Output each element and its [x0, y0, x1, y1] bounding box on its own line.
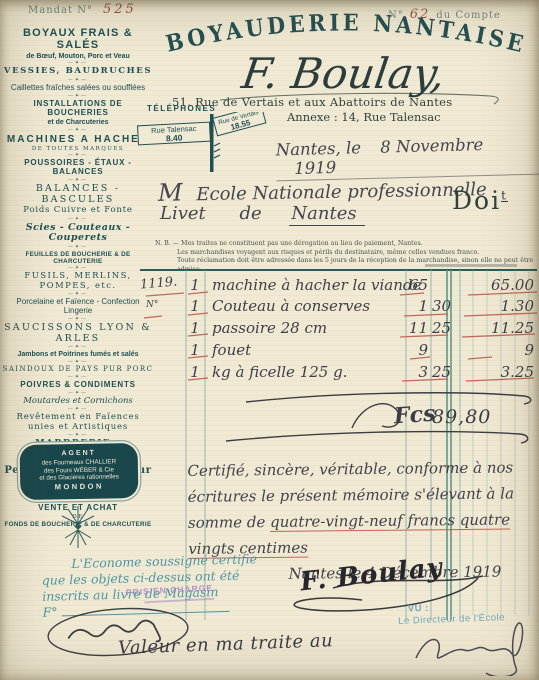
- sidebar-item: Revêtement en Faïences unies et Artistiq…: [2, 413, 154, 432]
- row-unit-f: 3: [400, 363, 428, 381]
- divider-ornament-icon: —✦—: [2, 292, 154, 297]
- margin-note: N°: [146, 300, 158, 310]
- divider-ornament-icon: —✦—: [2, 345, 154, 350]
- sidebar-item: SAUCISSONS LYON & ARLES: [2, 323, 154, 344]
- divider-ornament-icon: —✦—: [2, 433, 154, 438]
- divider-ornament-icon: —✦—: [2, 217, 154, 222]
- nb-conditions: N. B. — Mes traites ne constituent pas u…: [155, 240, 539, 274]
- row-desc: passoire 28 cm: [212, 319, 327, 337]
- address-line-2: Annexe : 14, Rue Talensac: [287, 110, 441, 124]
- nb-line: Les marchandises voyagent aux risques et…: [155, 249, 539, 258]
- row-total: 3.25: [460, 363, 537, 381]
- sidebar-item: Scies - Couteaux - Couperets: [2, 223, 154, 244]
- sidebar-item: BALANCES - BASCULES: [2, 184, 154, 205]
- mandat-number: 525: [103, 2, 137, 17]
- doit-text: Doi: [452, 186, 501, 215]
- telephone-signpost-icon: Rue Talensac 8.40 Rue de Vertais 18.55: [134, 112, 268, 178]
- divider-ornament-icon: —✦—: [2, 153, 154, 158]
- dateline-year-handwritten: 9: [325, 158, 336, 177]
- divider-ornament-icon: —✦—: [2, 317, 154, 322]
- sidebar-item: MACHINES A HACHER: [2, 134, 154, 145]
- sidebar-item: Caillettes fraîches salées ou soufflées: [2, 84, 154, 93]
- sidebar-item: VESSIES, BAUDRUCHES: [2, 67, 154, 77]
- sidebar-item: FUSILS, MERLINS, POMPES, etc.: [2, 272, 154, 291]
- divider-ornament-icon: —✦—: [2, 375, 154, 380]
- nb-line: N. B. — Mes traites ne constituent pas u…: [155, 240, 539, 249]
- divider-ornament-icon: —✦—: [2, 128, 154, 133]
- margin-note: 1119.: [139, 274, 177, 292]
- divider-ornament-icon: —✦—: [2, 94, 154, 99]
- row-qty: 1: [186, 276, 204, 294]
- row-desc: machine à hacher la viande: [212, 276, 421, 294]
- row-total: 1.30: [460, 297, 537, 315]
- divider-ornament-icon: —✦—: [2, 407, 154, 412]
- sidebar-item: POIVRES & CONDIMENTS: [2, 381, 154, 390]
- row-qty: 1: [186, 319, 204, 337]
- row-qty: 1: [186, 363, 204, 381]
- addressee-name: Ecole Nationale professionnelle: [196, 179, 487, 205]
- phone-number-1: 8.40: [166, 133, 183, 144]
- row-desc: kg à ficelle 125 g.: [212, 363, 347, 381]
- divider-ornament-icon: —✦—: [2, 391, 154, 396]
- row-unit-c: 30: [432, 297, 448, 315]
- row-unit-c: 25: [432, 319, 448, 337]
- director-signature-scribble-icon: [408, 616, 536, 676]
- total-currency-label: Fcs: [393, 401, 436, 430]
- doit-label: Doit: [452, 186, 508, 215]
- dateline-year-printed: 191: [294, 158, 326, 178]
- addressee-line-2: Livet de Nantes: [160, 203, 365, 224]
- row-total: 65.00: [460, 276, 537, 294]
- divider-ornament-icon: —✦—: [2, 61, 154, 66]
- certification-line: écritures le présent mémoire s'élevant à…: [188, 480, 539, 510]
- mandat-stamp: Mandat N°525: [28, 2, 137, 17]
- certification-line: Certifié, sincère, véritable, conforme à…: [187, 454, 539, 484]
- addressee-de: de: [240, 203, 262, 224]
- doit-sup: t: [501, 189, 508, 203]
- row-qty: 1: [186, 297, 204, 315]
- divider-ornament-icon: —✦—: [2, 178, 154, 183]
- sidebar-item: de Bœuf, Mouton, Porc et Veau: [2, 53, 154, 61]
- sidebar-item: Jambons et Poitrines fumés et salés: [2, 351, 154, 359]
- divider-ornament-icon: —✦—: [2, 245, 154, 250]
- row-unit-f: 11: [400, 319, 428, 337]
- sidebar-item: Moutardes et Cornichons: [2, 397, 154, 407]
- printer-credit-smudge: [425, 264, 517, 267]
- row-unit-f: 65: [400, 276, 428, 294]
- sidebar-item: BOYAUX FRAIS & SALÉS: [2, 27, 154, 52]
- row-desc: Couteau à conserves: [212, 297, 370, 315]
- sidebar-item: Porcelaine et Faïence - Confection Linge…: [2, 298, 154, 316]
- mandat-label: Mandat N°: [28, 5, 93, 16]
- sidebar-item: FEUILLES DE BOUCHERIE & DE CHARCUTERIE: [2, 251, 154, 265]
- dateline-printed: Nantes, le: [276, 138, 362, 159]
- sidebar-item: SAINDOUX DE PAYS PUR PORC: [2, 366, 154, 374]
- certification-sum-words: quatre-vingt-neuf francs quatre: [270, 510, 510, 532]
- certification-prefix: somme de: [188, 513, 270, 532]
- starburst-ornament-icon: [56, 504, 100, 550]
- owner-name: F. Boulay,: [238, 49, 448, 98]
- dateline-day: 8 Novembre: [380, 135, 484, 157]
- certification-line: somme de quatre-vingt-neuf francs quatre: [188, 506, 539, 536]
- sidebar-item: et de Charcuteries: [2, 119, 154, 127]
- addressee-city: Nantes: [289, 203, 364, 226]
- row-unit-f: 1: [400, 297, 428, 315]
- agent-badge: AGENT des Fourneaux CHALLIER des Fours W…: [20, 443, 139, 500]
- sidebar-item: POUSSOIRES - ÉTAUX - BALANCES: [2, 159, 154, 177]
- row-total: 11.25: [460, 319, 537, 337]
- row-qty: 1: [186, 341, 204, 359]
- row-unit-f: 9: [400, 341, 428, 359]
- row-total: 9: [460, 341, 537, 359]
- divider-ornament-icon: —✦—: [2, 266, 154, 271]
- badge-line: MONDON: [23, 481, 135, 492]
- row-unit-c: 25: [432, 363, 448, 381]
- row-desc: fouet: [212, 341, 251, 359]
- sidebar-item: Poids Cuivre et Fonte: [2, 206, 154, 216]
- divider-ornament-icon: —✦—: [2, 360, 154, 365]
- addressee-line-1: M Ecole Nationale professionnelle: [158, 173, 487, 207]
- addressee-livet: Livet: [160, 203, 206, 224]
- total-amount: 89,80: [432, 406, 491, 428]
- divider-ornament-icon: —✦—: [2, 78, 154, 83]
- sidebar-item: INSTALLATIONS DE BOUCHERIES: [2, 100, 154, 118]
- invoice-document: Mandat N°525 N°62du Compte BOYAUX FRAIS …: [0, 0, 539, 680]
